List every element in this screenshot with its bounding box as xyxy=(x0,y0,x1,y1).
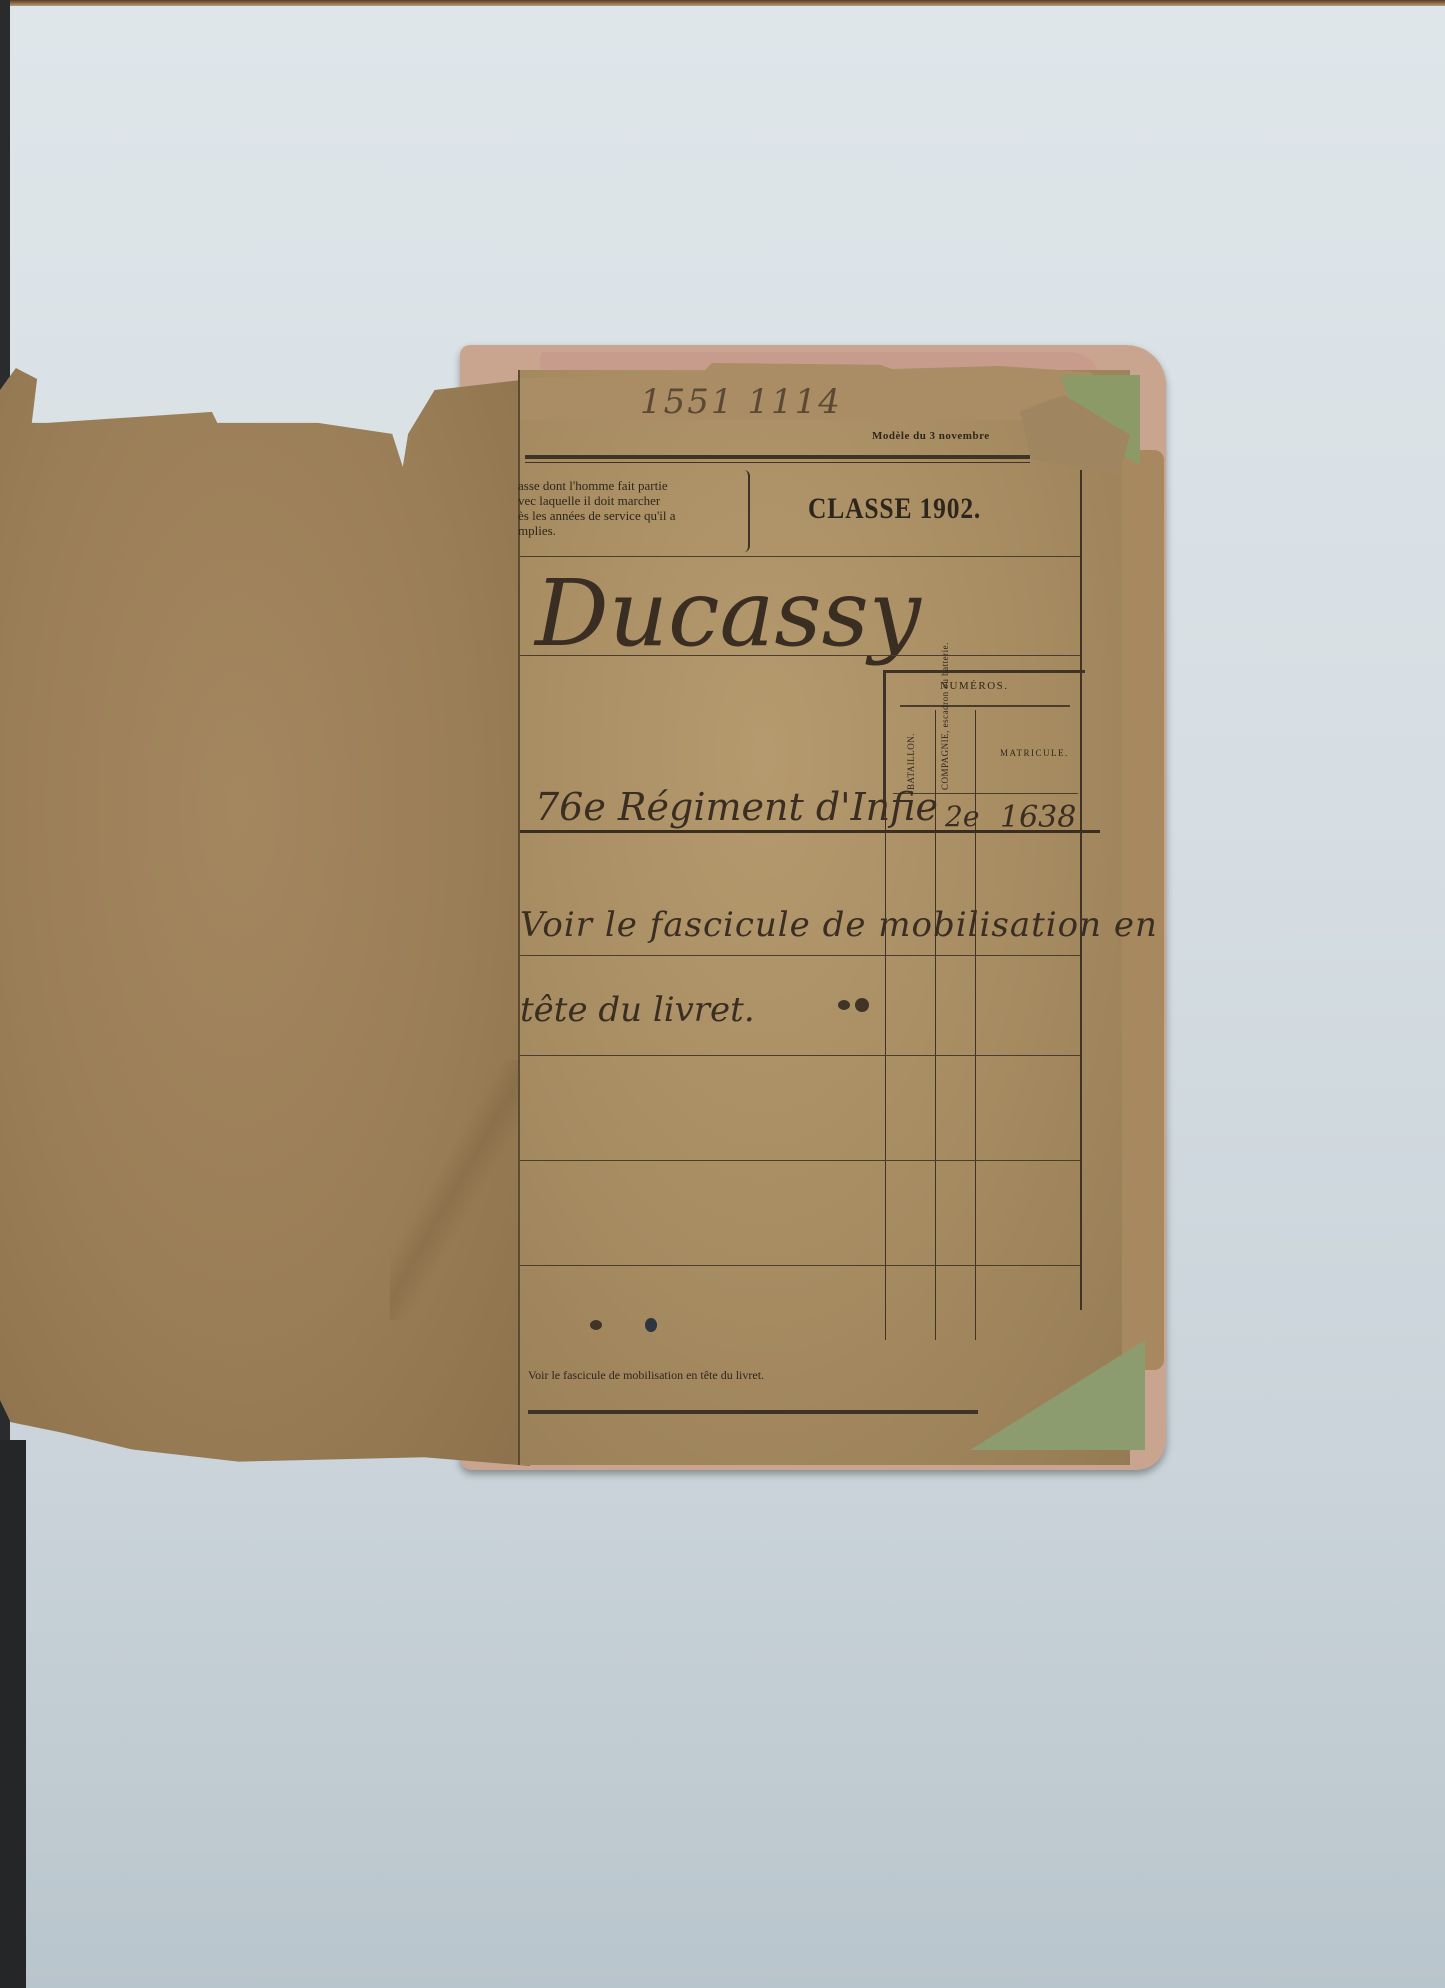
compagnie-value: 2e xyxy=(945,800,979,833)
flap-crease xyxy=(390,1060,520,1320)
rule-line xyxy=(520,655,1080,656)
regiment: 76e Régiment d'Infie xyxy=(535,785,938,829)
right-border-line xyxy=(1080,470,1082,1310)
scanner-top-edge xyxy=(0,0,1445,6)
scanner-left-edge-lower xyxy=(0,1440,26,1988)
rule-line xyxy=(520,1265,1080,1266)
col-matricule: MATRICULE. xyxy=(1000,748,1069,758)
classe-note-line: asse dont l'homme fait partie xyxy=(518,478,743,493)
numeros-title: NUMÉROS. xyxy=(940,680,1009,692)
table-col-line xyxy=(885,670,886,1340)
handwritten-note-line2: tête du livret. xyxy=(520,990,755,1030)
handwritten-top-number: 1551 1114 xyxy=(640,382,842,422)
ink-stain xyxy=(645,1318,657,1332)
top-rule xyxy=(525,455,1030,459)
numeros-ornament xyxy=(900,705,1070,707)
bottom-rule xyxy=(528,1410,978,1414)
ink-stain xyxy=(590,1320,602,1330)
model-note: Modèle du 3 novembre xyxy=(872,430,990,442)
rule-line xyxy=(520,955,1080,956)
classe-note-line: mplies. xyxy=(518,523,743,538)
classe-bracket xyxy=(742,470,750,552)
classe-label: CLASSE 1902. xyxy=(808,492,981,526)
rule-line xyxy=(520,556,1080,557)
ink-stain xyxy=(838,1000,850,1010)
col-compagnie: COMPAGNIE, escadron ou batterie. xyxy=(940,642,950,790)
handwritten-note-line1: Voir le fascicule de mobilisation en xyxy=(520,905,1158,945)
classe-note: asse dont l'homme fait partie vec laquel… xyxy=(518,478,743,538)
col-bataillon: BATAILLON. xyxy=(906,733,916,790)
classe-note-line: vec laquelle il doit marcher xyxy=(518,493,743,508)
rule-line xyxy=(520,1055,1080,1056)
ink-stain xyxy=(855,998,869,1012)
classe-note-line: ès les années de service qu'il a xyxy=(518,508,743,523)
strikethrough-line xyxy=(520,830,1100,833)
top-rule-thin xyxy=(525,462,1030,463)
rule-line xyxy=(520,1160,1080,1161)
printed-footer: Voir le fascicule de mobilisation en têt… xyxy=(528,1368,764,1383)
surname: Ducassy xyxy=(535,560,921,667)
